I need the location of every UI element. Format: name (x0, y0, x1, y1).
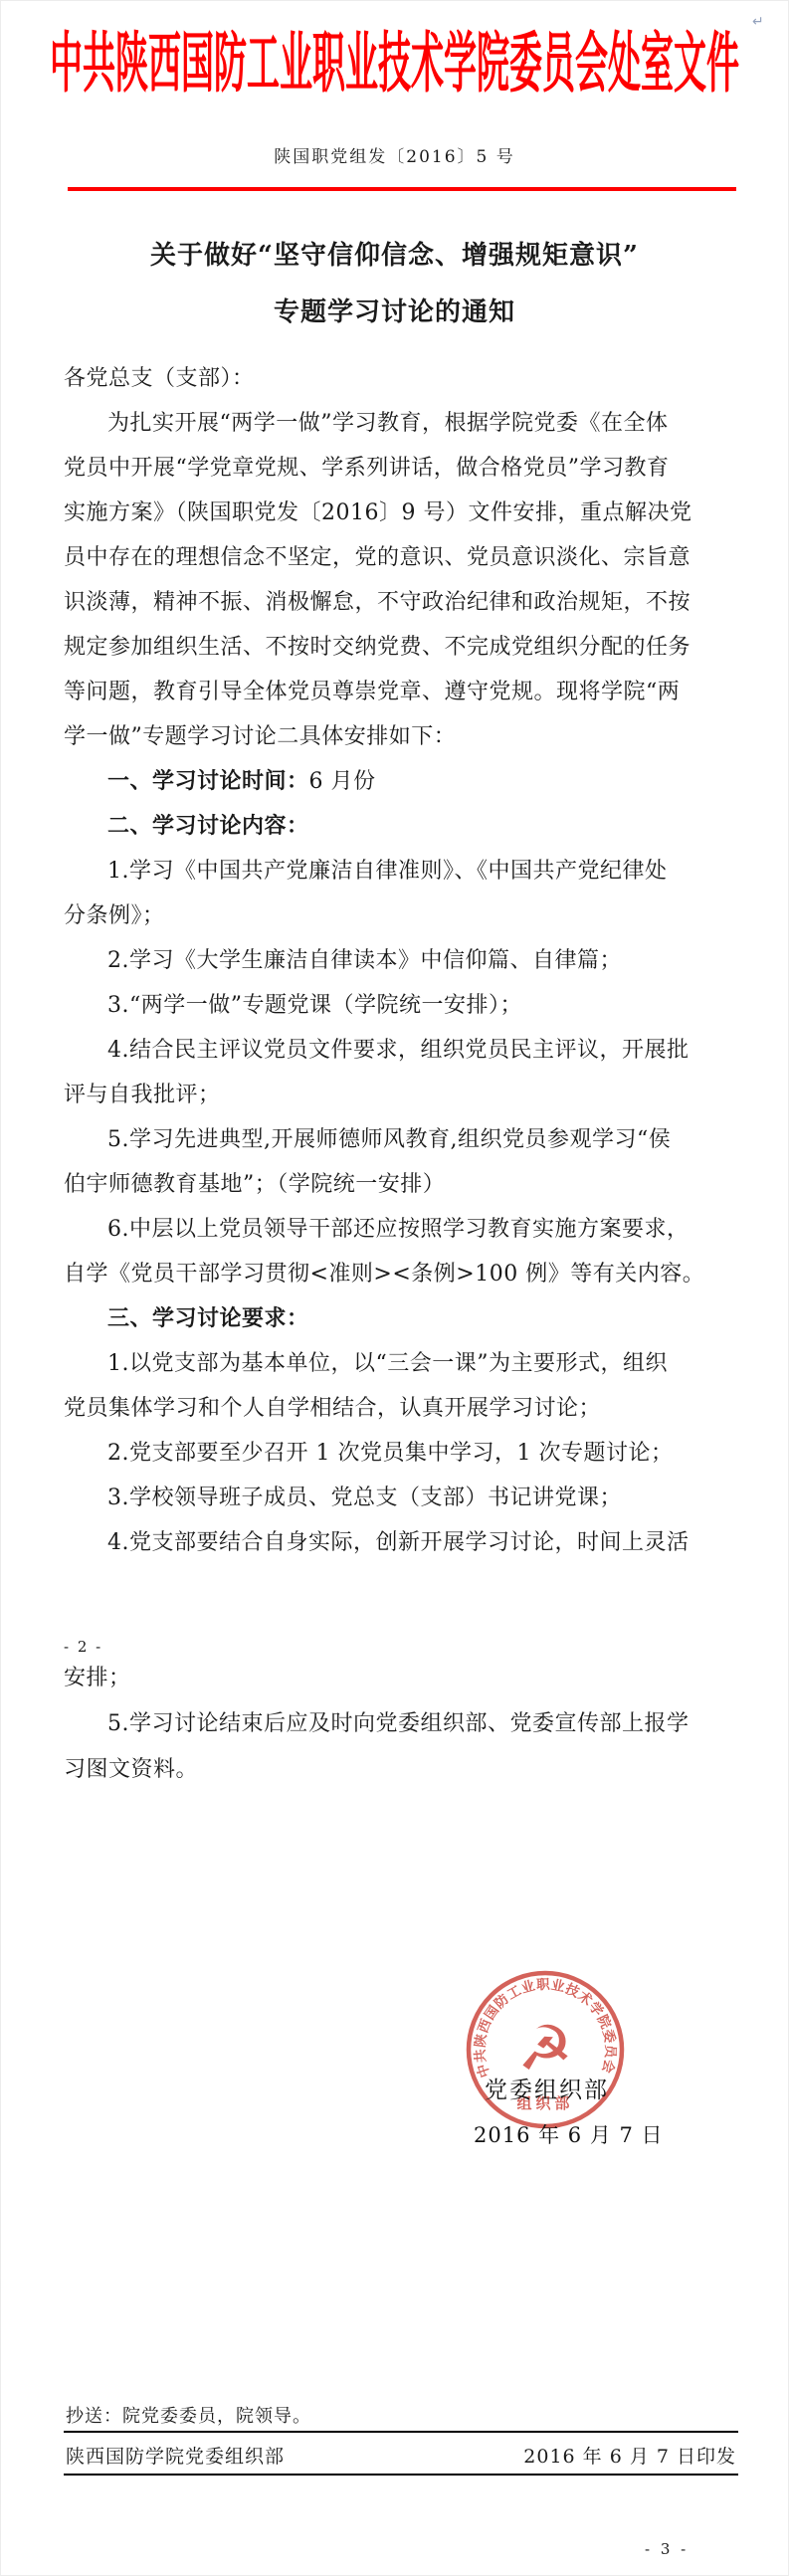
issuing-department: 陕西国防学院党委组织部 (66, 2442, 285, 2469)
body-line: 一、学习讨论时间：6 月份 (64, 759, 736, 804)
document-number: 陕国职党组发〔2016〕5 号 (0, 142, 789, 167)
body-line: 二、学习讨论内容： (64, 804, 736, 849)
cc-recipients: 抄送：院党委委员，院领导。 (66, 2402, 311, 2428)
page-2-number: - 2 - (64, 1638, 736, 1656)
red-divider-rule (68, 187, 736, 191)
body-text-page1: 各党总支（支部）：为扎实开展“两学一做”学习教育，根据学院党委《在全体党员中开展… (64, 356, 736, 1565)
official-seal: 中共陕西国防工业职业技术学院委员会 ☭ 组织部 (458, 1962, 633, 2137)
body-line: 规定参加组织生活、不按时交纳党费、不完成党组织分配的任务 (64, 625, 736, 670)
body-line: 伯宇师德教育基地”；（学院统一安排） (64, 1162, 736, 1207)
paragraph-mark-icon: ↵ (752, 14, 764, 30)
body-line: 4.党支部要结合自身实际，创新开展学习讨论，时间上灵活 (64, 1520, 736, 1565)
body-line: 自学《党员干部学习贯彻<准则><条例>100 例》等有关内容。 (64, 1252, 736, 1296)
body-line: 党员中开展“学党章党规、学系列讲话，做合格党员”学习教育 (64, 446, 736, 491)
body-line: 等问题，教育引导全体党员尊崇党章、遵守党规。现将学院“两 (64, 670, 736, 714)
body-line: 三、学习讨论要求： (64, 1296, 736, 1341)
document-title: 关于做好“坚守信仰信念、增强规矩意识” 专题学习讨论的通知 (0, 228, 789, 341)
page-3-number: - 3 - (645, 2540, 689, 2558)
body-line: 3.“两学一做”专题党课（学院统一安排）； (64, 983, 736, 1028)
letterhead-title: 中共陕西国防工业职业技术学院委员会处室文件 (0, 30, 789, 96)
issuer-row: 陕西国防学院党委组织部 2016 年 6 月 7 日印发 (66, 2442, 736, 2469)
footer-divider-top (64, 2431, 738, 2433)
footer-divider-bottom (64, 2474, 738, 2476)
body-line: 各党总支（支部）： (64, 356, 736, 401)
seal-graphic: 中共陕西国防工业职业技术学院委员会 ☭ 组织部 (458, 1962, 633, 2137)
body-line: 5.学习先进典型,开展师德师风教育,组织党员参观学习“侯 (64, 1117, 736, 1162)
document-title-line2: 专题学习讨论的通知 (0, 285, 789, 341)
body-line: 为扎实开展“两学一做”学习教育，根据学院党委《在全体 (64, 401, 736, 446)
body-line: 安排； (64, 1656, 736, 1701)
body-line: 3.学校领导班子成员、党总支（支部）书记讲党课； (64, 1476, 736, 1520)
body-line: 评与自我批评； (64, 1073, 736, 1117)
body-line: 1.学习《中国共产党廉洁自律准则》、《中国共产党纪律处 (64, 849, 736, 893)
signer-department: 党委组织部 (485, 2072, 609, 2104)
body-line: 实施方案》（陕国职党发〔2016〕9 号）文件安排，重点解决党 (64, 491, 736, 535)
document-page: 中共陕西国防工业职业技术学院委员会处室文件 ↵ 陕国职党组发〔2016〕5 号 … (0, 0, 789, 2576)
print-date: 2016 年 6 月 7 日印发 (523, 2442, 736, 2469)
body-line: 员中存在的理想信念不坚定，党的意识、党员意识淡化、宗旨意 (64, 535, 736, 580)
body-line: 学一做”专题学习讨论二具体安排如下： (64, 714, 736, 759)
body-line: 2.党支部要至少召开 1 次党员集中学习，1 次专题讨论； (64, 1431, 736, 1476)
body-line: 2.学习《大学生廉洁自律读本》中信仰篇、自律篇； (64, 938, 736, 983)
body-text-page2: - 2 - 安排；5.学习讨论结束后应及时向党委组织部、党委宣传部上报学习图文资… (64, 1638, 736, 1793)
body-line: 4.结合民主评议党员文件要求，组织党员民主评议，开展批 (64, 1028, 736, 1073)
body-line: 习图文资料。 (64, 1747, 736, 1793)
document-title-line1: 关于做好“坚守信仰信念、增强规矩意识” (0, 228, 789, 285)
body-line: 6.中层以上党员领导干部还应按照学习教育实施方案要求， (64, 1207, 736, 1252)
body-line: 1.以党支部为基本单位，以“三会一课”为主要形式，组织 (64, 1341, 736, 1386)
body-line: 分条例》； (64, 893, 736, 938)
signature-date: 2016 年 6 月 7 日 (474, 2119, 664, 2149)
body-line: 党员集体学习和个人自学相结合，认真开展学习讨论； (64, 1386, 736, 1431)
body-line: 识淡薄，精神不振、消极懈怠，不守政治纪律和政治规矩，不按 (64, 580, 736, 625)
body-line: 5.学习讨论结束后应及时向党委组织部、党委宣传部上报学 (64, 1701, 736, 1747)
